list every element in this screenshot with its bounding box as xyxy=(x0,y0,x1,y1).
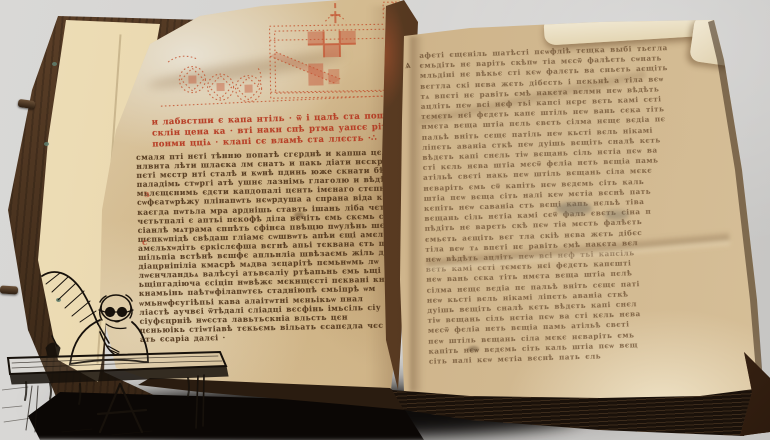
manuscript-photo: и лабвстши є капа нтіль · ѿ і цалѣ ста п… xyxy=(0,0,770,440)
brown-stain xyxy=(468,346,479,352)
parchment-crease xyxy=(410,36,428,392)
gray-stain xyxy=(604,210,629,220)
metal-clasp xyxy=(18,99,36,109)
red-margin-initial: с xyxy=(142,238,148,248)
red-margin-initial: з xyxy=(143,190,150,201)
ink-smudge xyxy=(294,212,304,219)
verdigris-spot xyxy=(44,142,49,146)
scribe-illustration xyxy=(2,262,234,438)
gray-stain xyxy=(556,202,592,215)
verdigris-spot xyxy=(52,62,57,66)
